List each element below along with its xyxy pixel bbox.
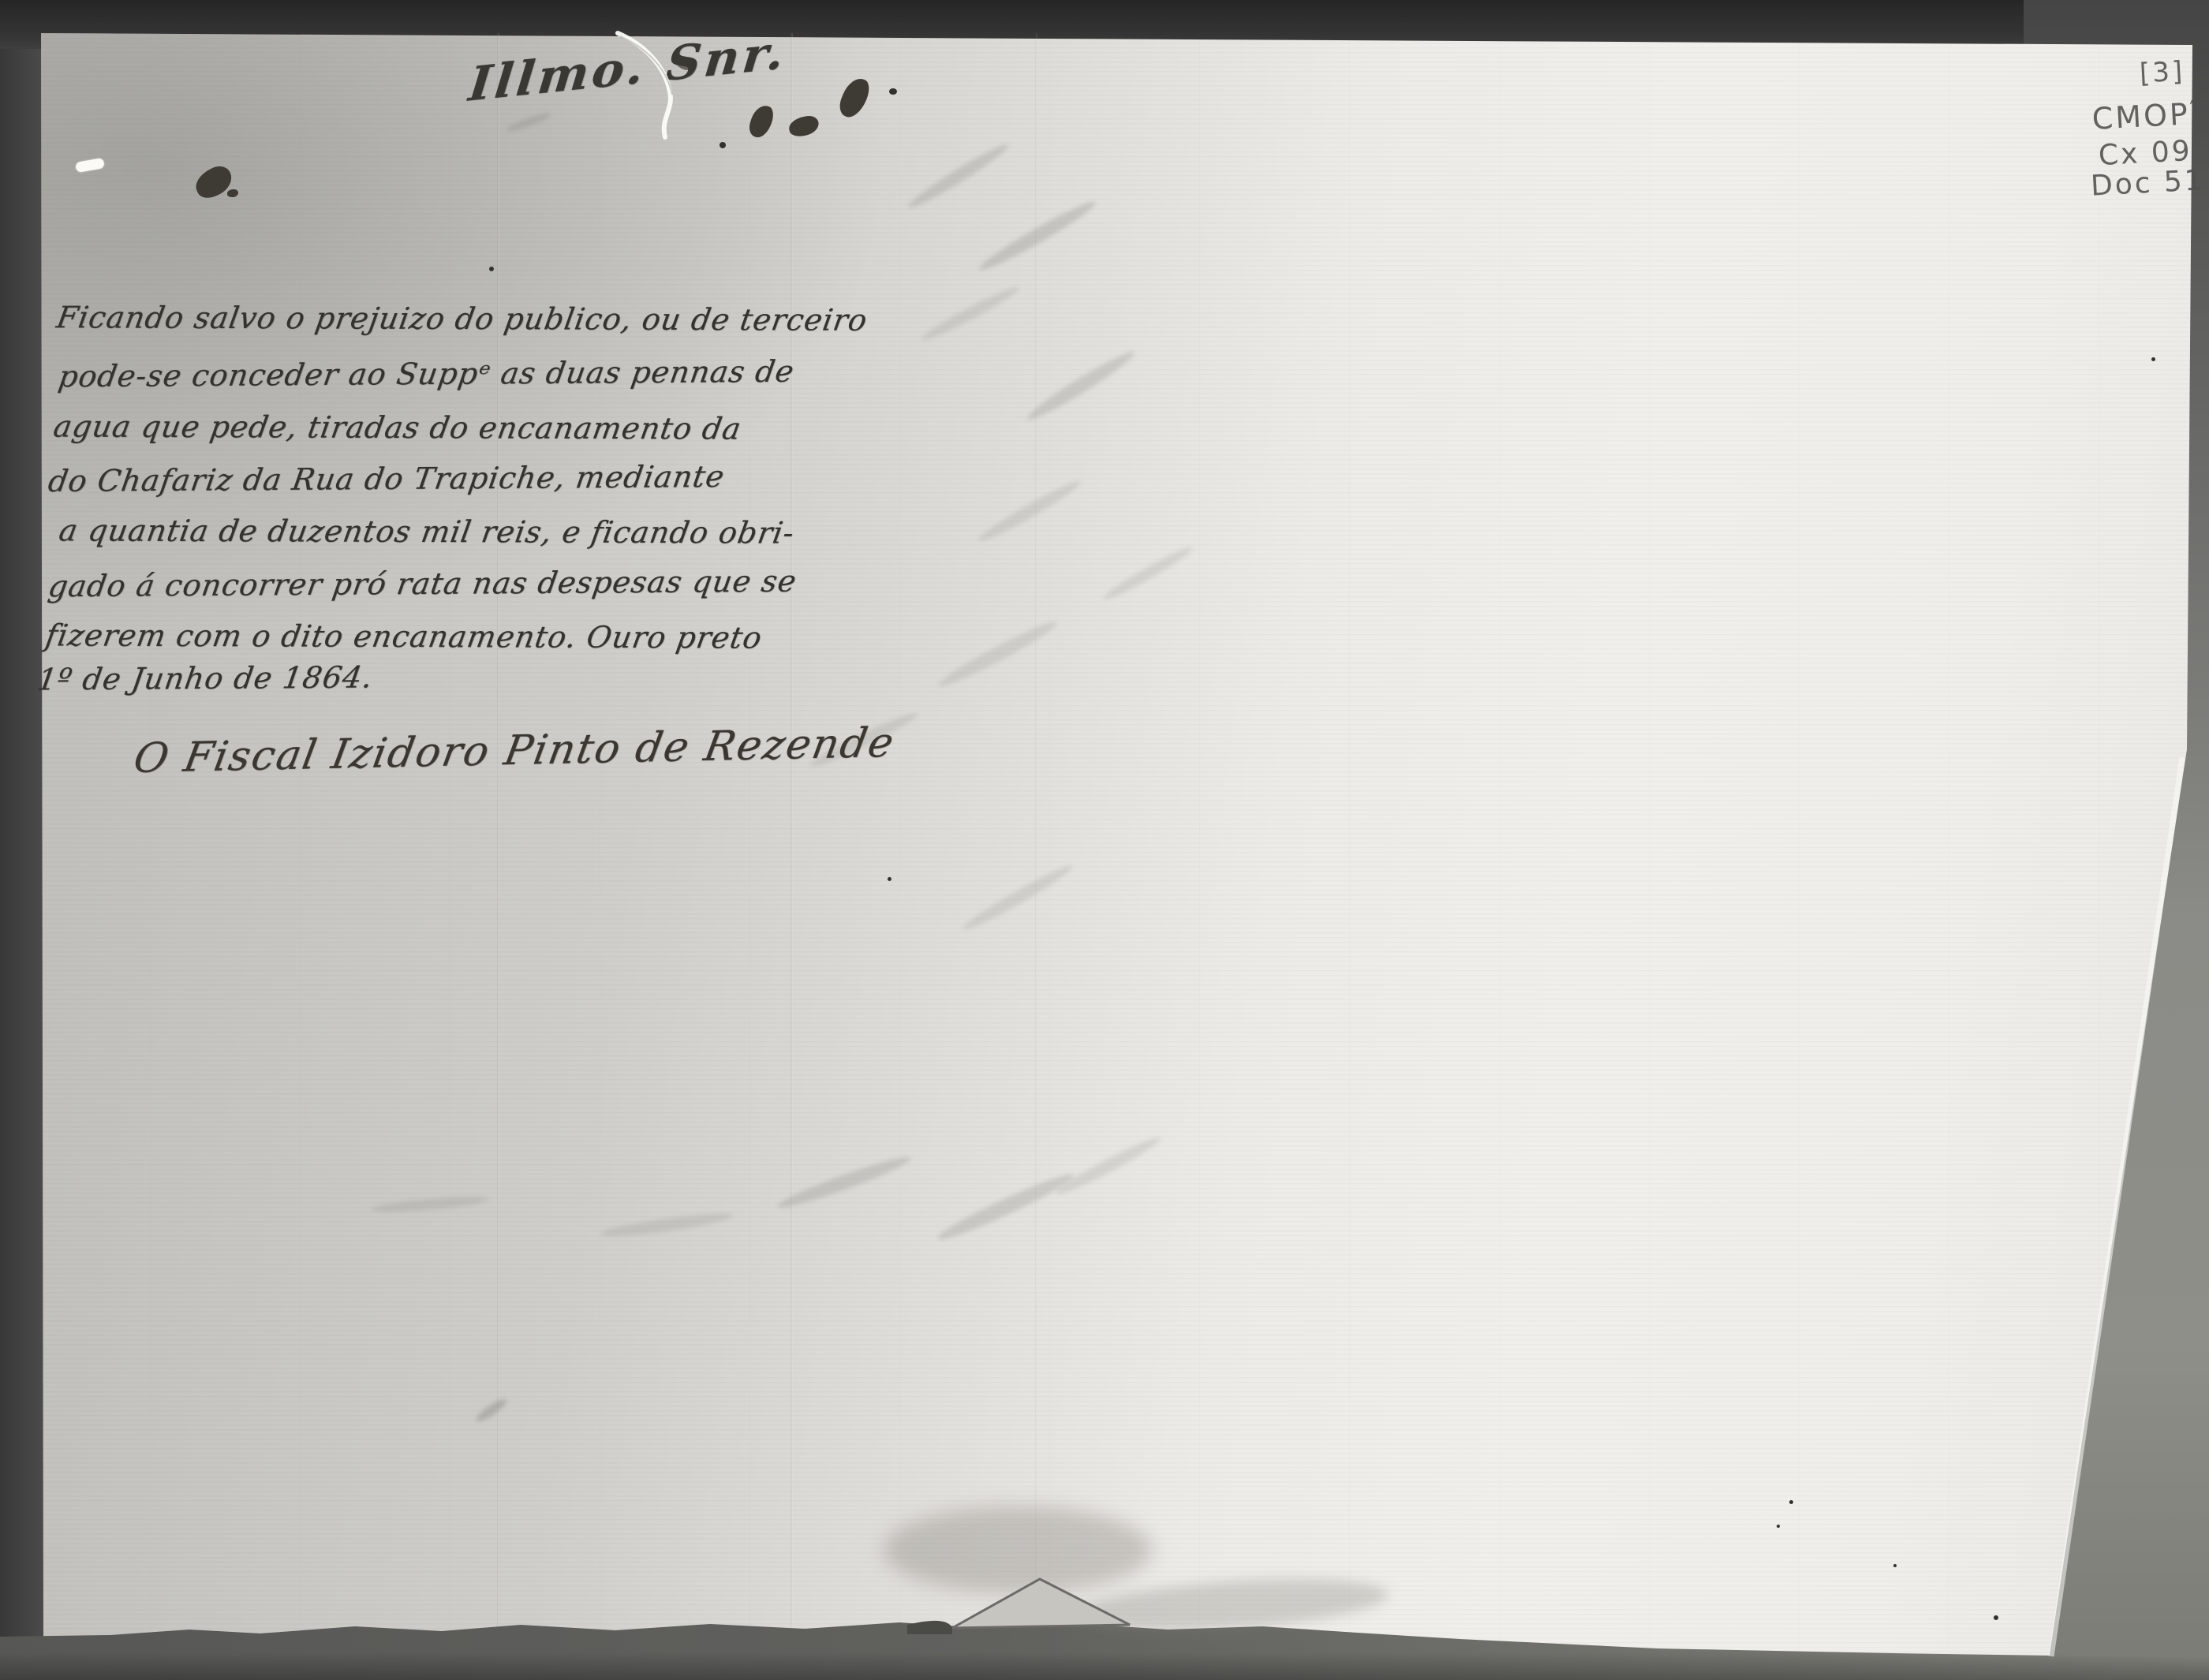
dust-speck [889,88,897,95]
letter-line: agua que pede, tiradas do encanamento da [51,409,744,446]
letter-line: gado á concorrer pró rata nas despesas q… [46,564,799,604]
letter-line: fizerem com o dito encanamento. Ouro pre… [43,618,765,655]
fold-crease [791,33,793,1642]
fold-crease [1035,33,1037,1642]
letter-line: do Chafariz da Rua do Trapiche, mediante [46,459,727,498]
dust-speck [888,877,891,881]
dust-speck [1789,1500,1793,1504]
scanned-document-page: Illmo. Snr. Ficando salvo o prejuizo do … [0,0,2209,1680]
archival-doc-number: Doc 51 [2090,164,2206,203]
letter-line: 1º de Junho de 1864. [35,660,375,697]
dust-speck [720,142,726,148]
archival-fonds-label: CMOP [2091,96,2191,136]
paper-sheet [0,0,2209,1680]
dust-speck [489,267,494,271]
archival-page-number: [3] [2139,56,2185,90]
letter-line: a quantia de duzentos mil reis, e ficand… [57,513,798,550]
dust-speck [1777,1525,1780,1528]
dust-speck [1893,1564,1897,1567]
archival-fonds-sub: 4 [2195,114,2209,139]
letter-line: pode-se conceder ao Suppᵉ as duas pennas… [56,354,797,394]
dust-speck [2151,357,2155,361]
dust-speck [1994,1615,1998,1620]
letter-line: Ficando salvo o prejuizo do publico, ou … [54,300,870,338]
